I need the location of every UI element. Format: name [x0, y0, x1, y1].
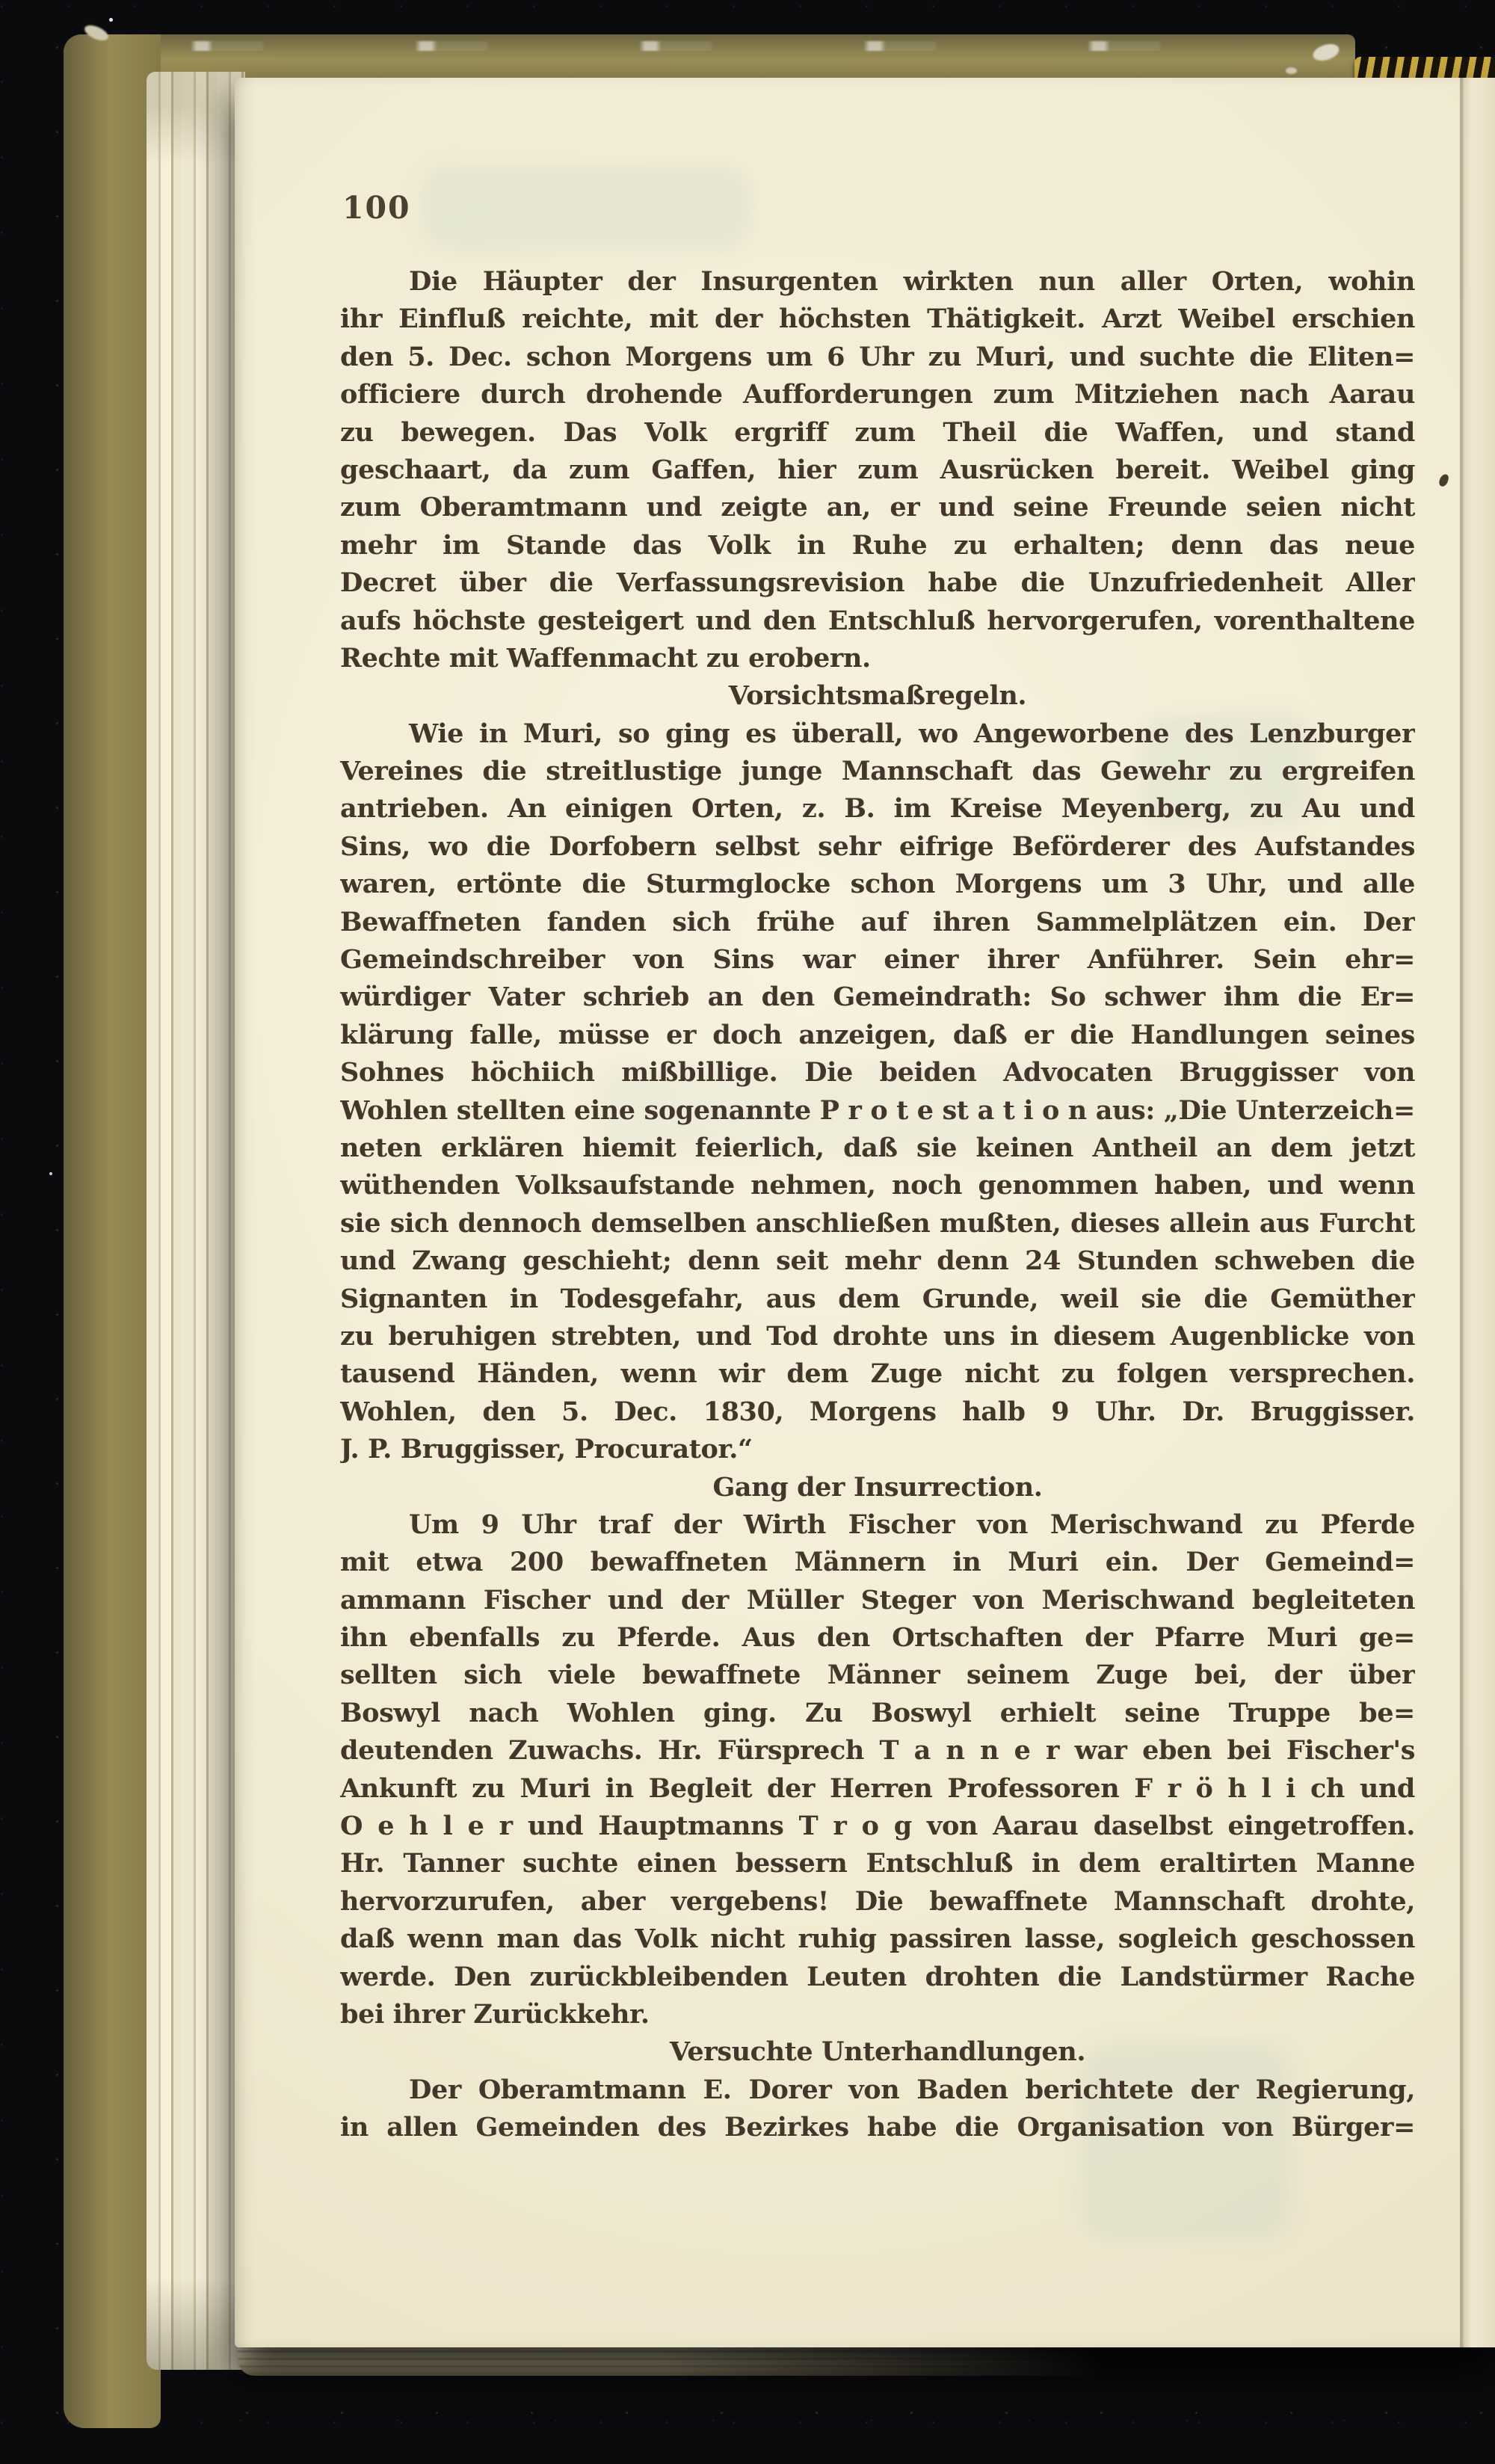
text-line: Hr. Tanner suchte einen bessern Entschlu… [340, 1845, 1415, 1882]
photo-backdrop: 100 Die Häupter der Insurgenten wirkten … [0, 0, 1495, 2464]
text-line: zu beruhigen strebten, und Tod drohte un… [340, 1318, 1415, 1355]
ink-showthrough [422, 166, 750, 250]
text-line: zum Oberamtmann und zeigte an, er und se… [340, 489, 1415, 526]
text-line: Vereines die streitlustige junge Mannsch… [340, 753, 1415, 790]
text-line: Bewaffneten fanden sich frühe auf ihren … [340, 904, 1415, 941]
text-line: tausend Händen, wenn wir dem Zuge nicht … [340, 1355, 1415, 1393]
page-edges-stack [147, 72, 245, 2370]
text-line: Die Häupter der Insurgenten wirkten nun … [340, 263, 1415, 301]
text-line: zu bewegen. Das Volk ergriff zum Theil d… [340, 414, 1415, 452]
dust-speck [109, 18, 113, 22]
text-line: officiere durch drohende Aufforderungen … [340, 376, 1415, 413]
text-line: bei ihrer Zurückkehr. [340, 1996, 1415, 2033]
text-line: waren, ertönte die Sturmglocke schon Mor… [340, 866, 1415, 903]
text-line: Wie in Muri, so ging es überall, wo Ange… [340, 715, 1415, 753]
text-line: würdiger Vater schrieb an den Gemeindrat… [340, 979, 1415, 1016]
text-line: aufs höchste gesteigert und den Entschlu… [340, 603, 1415, 640]
text-line: den 5. Dec. schon Morgens um 6 Uhr zu Mu… [340, 339, 1415, 376]
page-gutter-fold [1460, 78, 1495, 2347]
text-line: ihr Einfluß reichte, mit der höchsten Th… [340, 301, 1415, 338]
text-line: neten erklären hiemit feierlich, daß sie… [340, 1130, 1415, 1167]
text-line: mit etwa 200 bewaffneten Männern in Muri… [340, 1544, 1415, 1581]
text-line: O e h l e r und Hauptmanns T r o g von A… [340, 1808, 1415, 1845]
text-line: Gemeindschreiber von Sins war einer ihre… [340, 941, 1415, 979]
text-line: Der Oberamtmann E. Dorer von Baden beric… [340, 2072, 1415, 2109]
text-line: Rechte mit Waffenmacht zu erobern. [340, 640, 1415, 677]
book-page: 100 Die Häupter der Insurgenten wirkten … [235, 78, 1495, 2347]
text-line: wüthenden Volksaufstande nehmen, noch ge… [340, 1167, 1415, 1204]
text-line: und Zwang geschieht; denn seit mehr denn… [340, 1242, 1415, 1280]
text-line: Ankunft zu Muri in Begleit der Herren Pr… [340, 1770, 1415, 1808]
dust-speck [49, 1172, 52, 1175]
text-line: Wohlen, den 5. Dec. 1830, Morgens halb 9… [340, 1393, 1415, 1431]
page-edges-bottom [238, 2343, 1180, 2376]
text-line: Wohlen stellten eine sogenannte P r o t … [340, 1092, 1415, 1130]
text-line: ihn ebenfalls zu Pferde. Aus den Ortscha… [340, 1619, 1415, 1657]
text-line: sie sich dennoch demselben anschließen m… [340, 1205, 1415, 1242]
text-line: Boswyl nach Wohlen ging. Zu Boswyl erhie… [340, 1695, 1415, 1732]
page-text: Die Häupter der Insurgenten wirkten nun … [340, 263, 1415, 2147]
text-line: Um 9 Uhr traf der Wirth Fischer von Meri… [340, 1506, 1415, 1544]
text-line: sellten sich viele bewaffnete Männer sei… [340, 1657, 1415, 1694]
page-number: 100 [342, 190, 411, 226]
text-line: werde. Den zurückbleibenden Leuten droht… [340, 1959, 1415, 1996]
text-line: ammann Fischer und der Müller Steger von… [340, 1582, 1415, 1619]
text-line: antrieben. An einigen Orten, z. B. im Kr… [340, 790, 1415, 828]
section-heading: Versuchte Unterhandlungen. [340, 2033, 1415, 2071]
text-line: Signanten in Todesgefahr, aus dem Grunde… [340, 1281, 1415, 1318]
ink-speck [1438, 473, 1450, 488]
text-line: daß wenn man das Volk nicht ruhig passir… [340, 1921, 1415, 1958]
section-heading: Vorsichtsmaßregeln. [340, 677, 1415, 715]
text-line: mehr im Stande das Volk in Ruhe zu erhal… [340, 527, 1415, 564]
text-line: hervorzurufen, aber vergebens! Die bewaf… [340, 1883, 1415, 1921]
text-line: Decret über die Verfassungsrevision habe… [340, 564, 1415, 602]
text-line: in allen Gemeinden des Bezirkes habe die… [340, 2109, 1415, 2146]
text-line: Sins, wo die Dorfobern selbst sehr eifri… [340, 828, 1415, 866]
section-heading: Gang der Insurrection. [340, 1469, 1415, 1506]
text-line: deutenden Zuwachs. Hr. Fürsprech T a n n… [340, 1732, 1415, 1770]
text-line: Sohnes höchiich mißbillige. Die beiden A… [340, 1054, 1415, 1091]
dust-speck [1286, 67, 1297, 74]
text-line: klärung falle, müsse er doch anzeigen, d… [340, 1017, 1415, 1054]
text-line: J. P. Bruggisser, Procurator.“ [340, 1431, 1415, 1468]
text-line: geschaart, da zum Gaffen, hier zum Ausrü… [340, 452, 1415, 489]
